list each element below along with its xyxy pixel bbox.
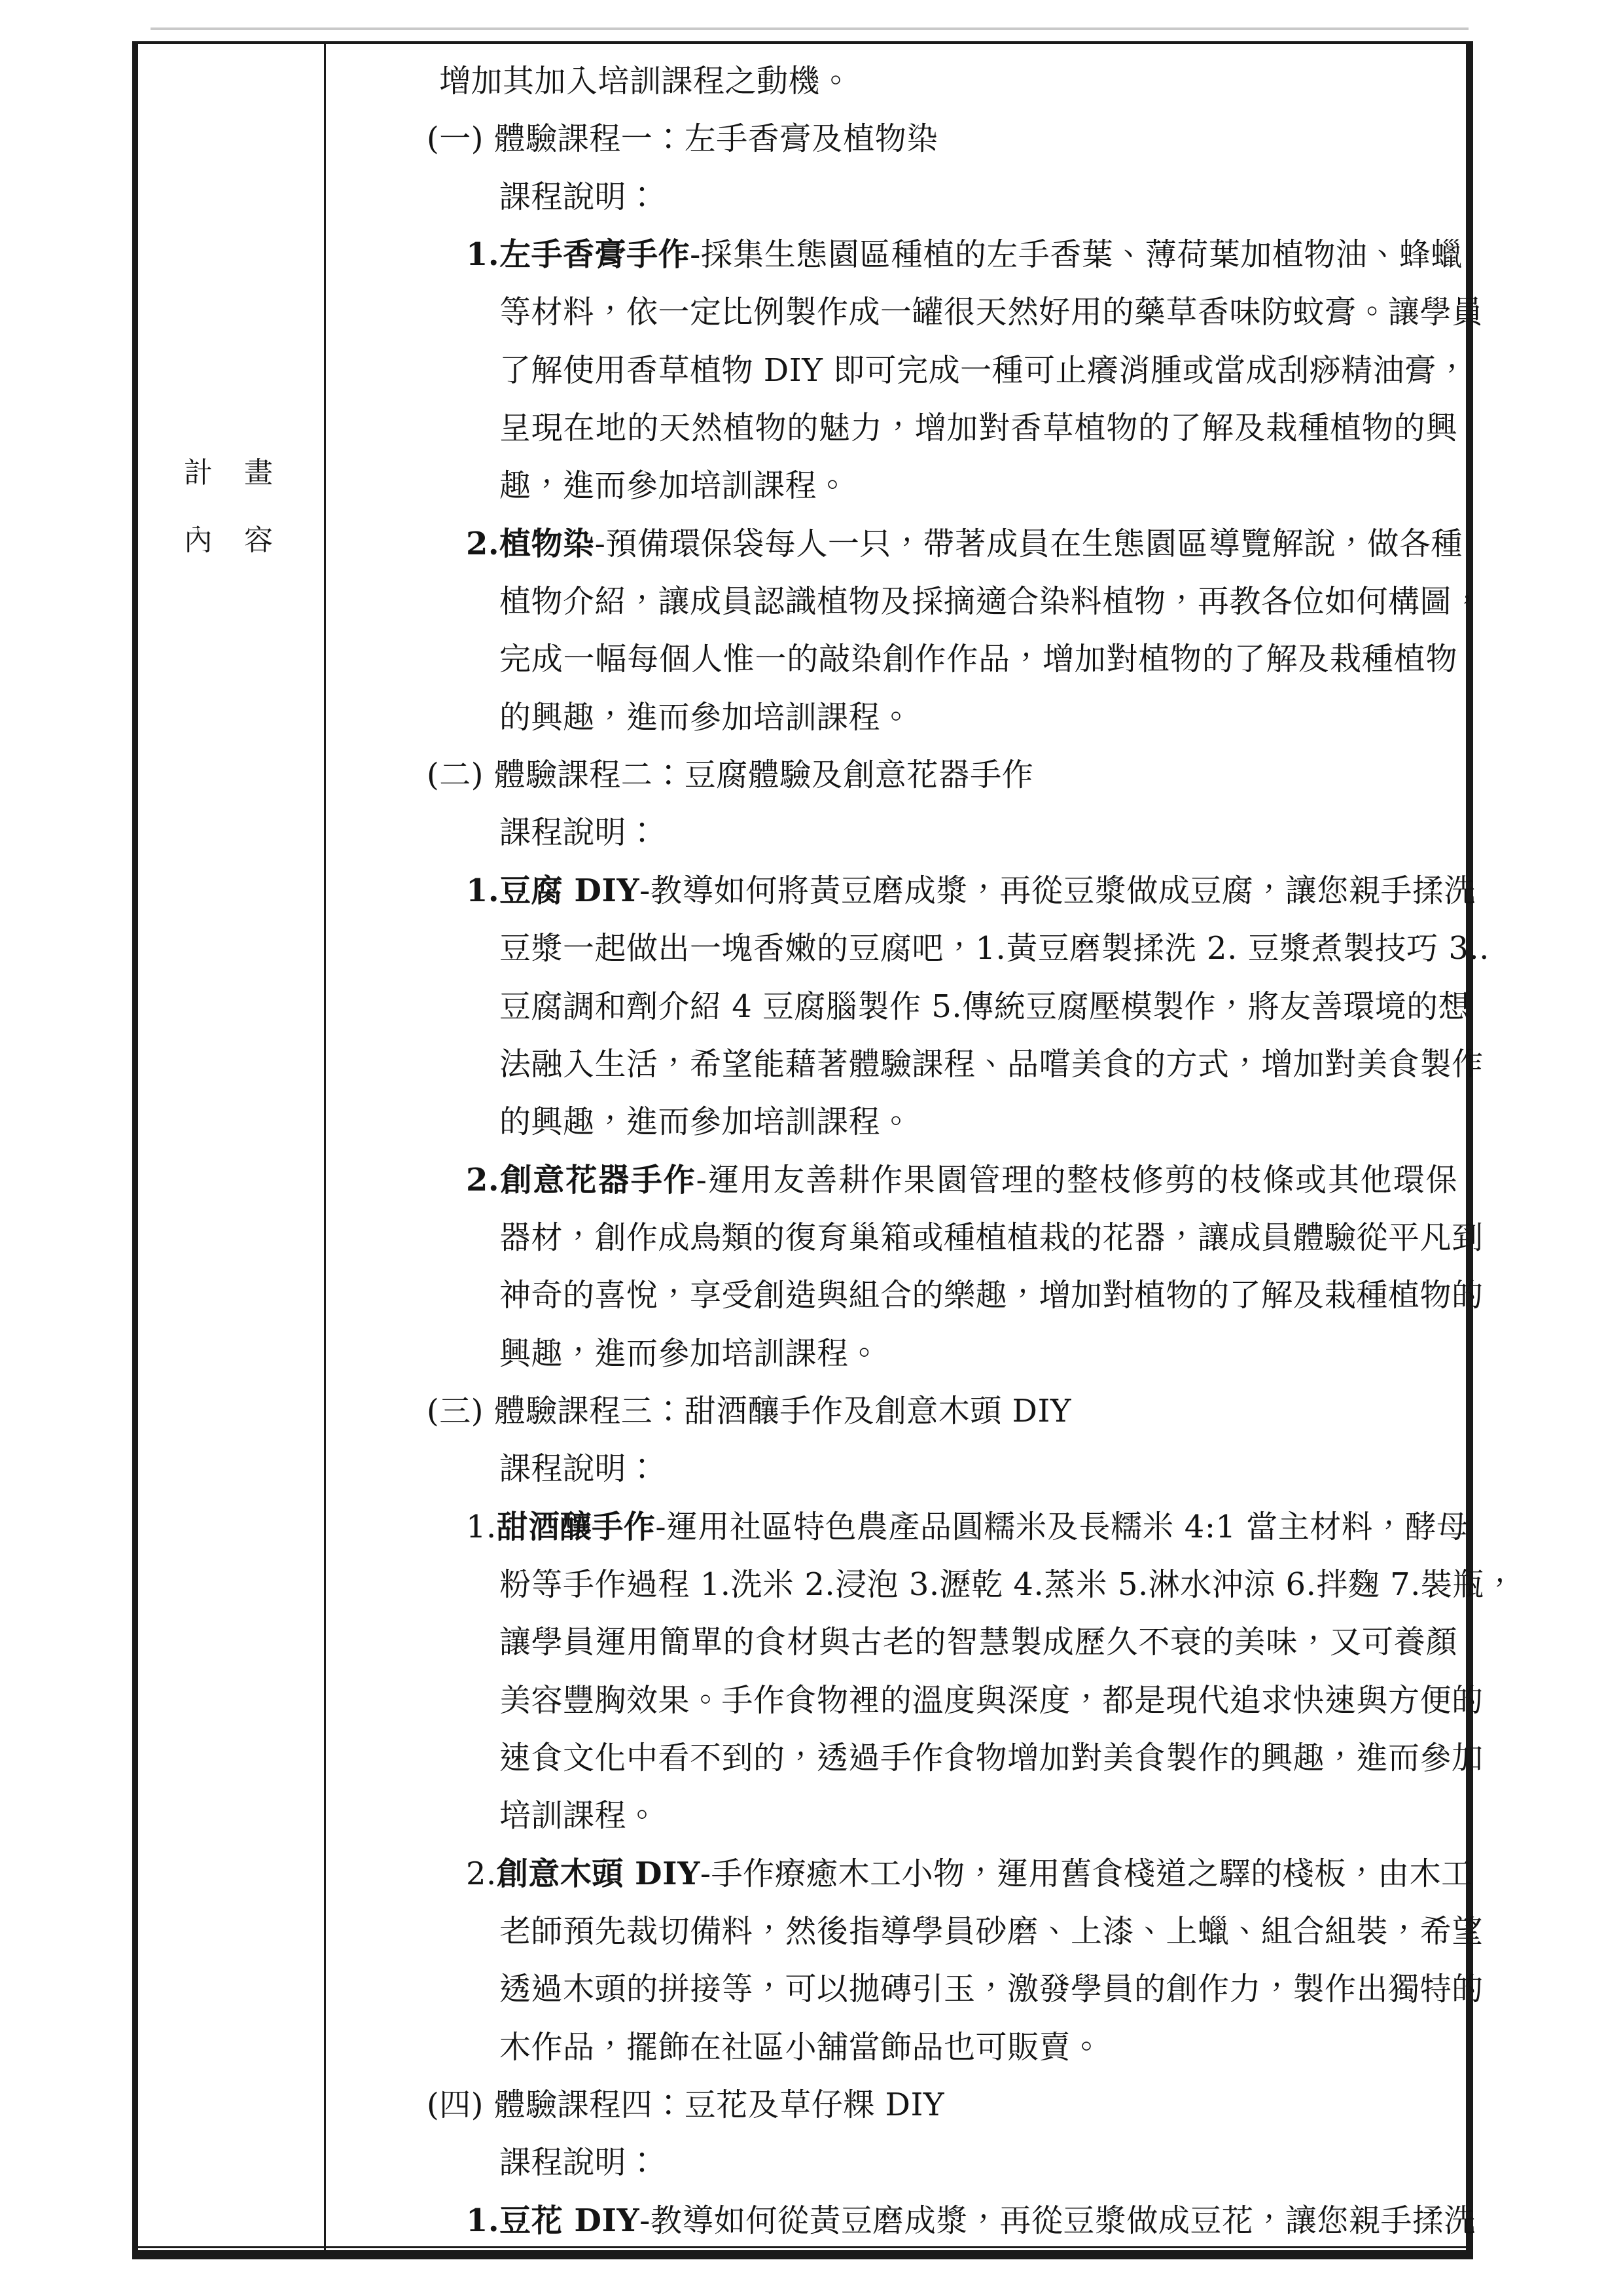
text-line: 課程說明： [499,168,1466,226]
text-line: 培訓課程。 [499,1787,1466,1844]
text-line: (一) 體驗課程一：左手香膏及植物染 [427,110,1466,168]
scan-artifact-line [151,27,1469,30]
text-line: 讓學員運用簡單的食材與古老的智慧製成歷久不衰的美味，又可養顏 [499,1613,1457,1671]
text-line: 的興趣，進而參加培訓課程。 [499,689,1466,746]
text-line: 趣，進而參加培訓課程。 [499,457,1466,514]
row-label-line-2: 內 容 [134,507,324,574]
text-line: 完成一幅每個人惟一的敲染創作作品，增加對植物的了解及栽種植物 [499,630,1457,688]
text-line: 植物介紹，讓成員認識植物及採摘適合染料植物，再教各位如何構圖， [499,573,1457,630]
text-line: 了解使用香草植物 DIY 即可完成一種可止癢消腫或當成刮痧精油膏， [499,342,1457,399]
row-content: 增加其加入培訓課程之動機。(一) 體驗課程一：左手香膏及植物染課程說明：1.左手… [427,52,1466,2250]
text-line: 神奇的喜悅，享受創造與組合的樂趣，增加對植物的了解及栽種植物的 [499,1266,1457,1324]
table-column-divider [324,41,326,2259]
text-line: 速食文化中看不到的，透過手作食物增加對美食製作的興趣，進而參加 [499,1729,1457,1787]
table-border-bottom-thick [132,2250,1473,2259]
text-line: (二) 體驗課程二：豆腐體驗及創意花器手作 [427,746,1466,804]
row-label-line-1: 計 畫 [134,439,324,507]
text-line: 豆腐調和劑介紹 4 豆腐腦製作 5.傳統豆腐壓模製作，將友善環境的想 [499,978,1457,1035]
table-border-top [132,41,1473,44]
text-line: 課程說明： [499,804,1466,861]
text-line: (四) 體驗課程四：豆花及草仔粿 DIY [427,2076,1466,2134]
text-line: 1.豆腐 DIY-教導如何將黃豆磨成漿，再從豆漿做成豆腐，讓您親手揉洗 [466,862,1457,920]
text-line: 課程說明： [499,2134,1466,2191]
text-line: 1.豆花 DIY-教導如何從黃豆磨成漿，再從豆漿做成豆花，讓您親手揉洗 [466,2192,1457,2250]
table-border-left [132,41,138,2259]
text-line: 等材料，依一定比例製作成一罐很天然好用的藥草香味防蚊膏。讓學員 [499,283,1457,341]
text-line: 課程說明： [499,1440,1466,1498]
text-line: 2.創意木頭 DIY-手作療癒木工小物，運用舊食棧道之驛的棧板，由木工 [466,1845,1457,1903]
row-label-plan-content: 計 畫 內 容 [134,439,324,574]
text-line: 老師預先裁切備料，然後指導學員砂磨、上漆、上蠟、組合組裝，希望 [499,1903,1457,1960]
text-line: 興趣，進而參加培訓課程。 [499,1325,1466,1382]
text-line: 2.創意花器手作-運用友善耕作果園管理的整枝修剪的枝條或其他環保 [466,1151,1457,1209]
text-line: 1.甜酒釀手作-運用社區特色農產品圓糯米及長糯米 4:1 當主材料，酵母 [466,1498,1457,1556]
text-line: 增加其加入培訓課程之動機。 [439,52,1466,110]
text-line: 木作品，擺飾在社區小舖當飾品也可販賣。 [499,2018,1466,2076]
text-line: 呈現在地的天然植物的魅力，增加對香草植物的了解及栽種植物的興 [499,399,1457,457]
text-line: 器材，創作成鳥類的復育巢箱或種植植栽的花器，讓成員體驗從平凡到 [499,1209,1457,1266]
text-line: 豆漿一起做出一塊香嫩的豆腐吧，1.黃豆磨製揉洗 2. 豆漿煮製技巧 3.. [499,920,1457,977]
text-line: 的興趣，進而參加培訓課程。 [499,1093,1466,1151]
text-line: 1.左手香膏手作-採集生態園區種植的左手香葉、薄荷葉加植物油、蜂蠟 [466,226,1457,283]
text-line: (三) 體驗課程三：甜酒釀手作及創意木頭 DIY [427,1382,1466,1440]
document-page: 計 畫 內 容 增加其加入培訓課程之動機。(一) 體驗課程一：左手香膏及植物染課… [0,0,1623,2296]
text-line: 美容豐胸效果。手作食物裡的溫度與深度，都是現代追求快速與方便的 [499,1672,1457,1729]
text-line: 粉等手作過程 1.洗米 2.浸泡 3.瀝乾 4.蒸米 5.淋水沖涼 6.拌麴 7… [499,1556,1457,1613]
text-line: 2.植物染-預備環保袋每人一只，帶著成員在生態園區導覽解說，做各種 [466,515,1457,573]
text-line: 透過木頭的拼接等，可以拋磚引玉，激發學員的創作力，製作出獨特的 [499,1960,1457,2018]
text-line: 法融入生活，希望能藉著體驗課程、品嚐美食的方式，增加對美食製作 [499,1035,1457,1093]
